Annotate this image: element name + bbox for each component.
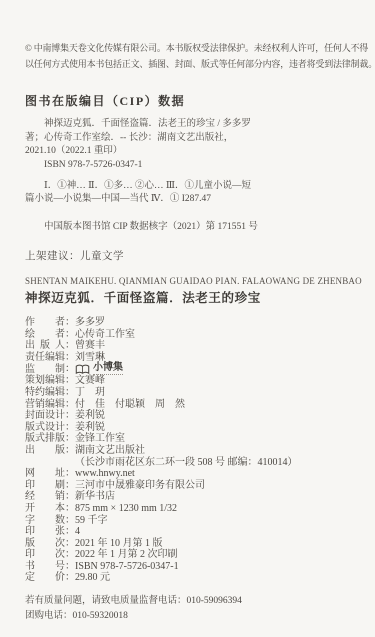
colophon-colon: ： bbox=[65, 538, 75, 549]
shelving-label: 上架建议 bbox=[25, 251, 69, 262]
publisher-address: （长沙市雨花区东二环一段 508 号 邮编：410014） bbox=[25, 457, 357, 469]
colophon-row: 策划编辑：文赛峰 bbox=[25, 375, 357, 387]
text-line: 篇小说—小说集—中国—当代 Ⅳ．① I287.47 bbox=[25, 193, 357, 206]
colophon-value: 新华书店 bbox=[75, 491, 115, 502]
colophon-row: 特约编辑：丁 玥 bbox=[25, 387, 357, 399]
colophon-row: 版式排版：金锋工作室 bbox=[25, 433, 357, 445]
colophon-value: ISBN 978-7-5726-0347-1 bbox=[75, 561, 179, 572]
colophon-row: 版式设计：姜利锐 bbox=[25, 422, 357, 434]
colophon-value: 湖南文艺出版社 bbox=[75, 445, 145, 456]
colophon-label: 印刷 bbox=[25, 480, 65, 492]
colophon-label: 绘者 bbox=[25, 329, 65, 341]
colophon-colon: ： bbox=[65, 375, 75, 386]
colophon-value: 4 bbox=[75, 526, 80, 537]
group-purchase-hotline: 团购电话：010-59320018 bbox=[25, 609, 357, 624]
colophon-row: 绘者：心传奇工作室 bbox=[25, 329, 357, 341]
colophon-colon: ： bbox=[65, 340, 75, 351]
book-title: 神探迈克狐．千面怪盗篇．法老王的珍宝 bbox=[25, 288, 357, 306]
colophon-value: 875 mm × 1230 mm 1/32 bbox=[75, 503, 177, 514]
colophon-row: 营销编辑：付 佳 付聪颖 周 然 bbox=[25, 399, 357, 411]
colophon-value: 姜利锐 bbox=[75, 410, 105, 421]
quality-hotline: 若有质量问题，请致电质量监督电话：010-59096394 bbox=[25, 594, 357, 609]
colophon-list: 作者：多多罗 绘者：心传奇工作室 出版人：曾赛丰 责任编辑：刘雪琳 监制：小博集… bbox=[25, 317, 357, 584]
colophon-row: 印刷：三河市中晟雅豪印务有限公司 bbox=[25, 480, 357, 492]
colophon-row: 开本：875 mm × 1230 mm 1/32 bbox=[25, 503, 357, 515]
colophon-value: www.hnwy.net bbox=[75, 468, 135, 479]
colophon-value: 曾赛丰 bbox=[75, 340, 105, 351]
text-line: 2021.10（2022.1 重印） bbox=[25, 145, 357, 159]
colophon-value: 金锋工作室 bbox=[75, 433, 125, 444]
colophon-label: 作者 bbox=[25, 317, 65, 329]
text-line: © 中南博集天卷文化传媒有限公司。本书版权受法律保护。未经权利人许可，任何人不得 bbox=[25, 41, 357, 57]
colophon-value: 付 佳 付聪颖 周 然 bbox=[75, 399, 185, 410]
cip-classification: Ⅰ．①神… Ⅱ．①多… ②心… Ⅲ．①儿童小说—短篇小说—小说集—中国—当代 Ⅳ… bbox=[25, 180, 357, 206]
colophon-value: 丁 玥 bbox=[75, 387, 105, 398]
colophon-label: 印张 bbox=[25, 526, 65, 538]
colophon-label: 网址 bbox=[25, 468, 65, 480]
colophon-row: 出版：湖南文艺出版社（长沙市雨花区东二环一段 508 号 邮编：410014） bbox=[25, 445, 357, 468]
colophon-colon: ： bbox=[65, 410, 75, 421]
colophon-row: 印次：2022 年 1 月第 2 次印刷 bbox=[25, 549, 357, 561]
colophon-row: 定价：29.80 元 bbox=[25, 572, 357, 584]
colophon-row: 版次：2021 年 10 月第 1 版 bbox=[25, 538, 357, 550]
colophon-label: 营销编辑 bbox=[25, 399, 65, 411]
colophon-label: 印次 bbox=[25, 549, 65, 561]
colophon-colon: ： bbox=[65, 329, 75, 340]
booky-kids-logo: 小博集 bbox=[75, 363, 123, 375]
colophon-colon: ： bbox=[65, 364, 75, 375]
colophon-colon: ： bbox=[65, 399, 75, 410]
colophon-value: 三河市中晟雅豪印务有限公司 bbox=[75, 480, 205, 491]
text-line: 著；心传奇工作室绘．-- 长沙：湖南文艺出版社， bbox=[25, 132, 357, 146]
colophon-label: 出版人 bbox=[25, 340, 65, 352]
colophon-value: 29.80 元 bbox=[75, 572, 110, 583]
colophon-label: 版次 bbox=[25, 538, 65, 550]
colophon-colon: ： bbox=[65, 422, 75, 433]
colophon-label: 监制 bbox=[25, 364, 65, 376]
copyright-page: © 中南博集天卷文化传媒有限公司。本书版权受法律保护。未经权利人许可，任何人不得… bbox=[0, 0, 375, 637]
title-pinyin: SHENTAN MAIKEHU. QIANMIAN GUAIDAO PIAN. … bbox=[25, 276, 357, 286]
colophon-colon: ： bbox=[65, 526, 75, 537]
copyright-notice: © 中南博集天卷文化传媒有限公司。本书版权受法律保护。未经权利人许可，任何人不得… bbox=[25, 41, 357, 72]
text-line: 神探迈克狐．千面怪盗篇．法老王的珍宝 / 多多罗 bbox=[25, 118, 357, 132]
colophon-colon: ： bbox=[65, 352, 75, 363]
text-line: Ⅰ．①神… Ⅱ．①多… ②心… Ⅲ．①儿童小说—短 bbox=[25, 180, 357, 193]
colophon-label: 定价 bbox=[25, 572, 65, 584]
colophon-value: 2021 年 10 月第 1 版 bbox=[75, 538, 163, 549]
cip-record: 神探迈克狐．千面怪盗篇．法老王的珍宝 / 多多罗著；心传奇工作室绘．-- 长沙：… bbox=[25, 118, 357, 159]
colophon-row: 网址：www.hnwy.net bbox=[25, 468, 357, 480]
colophon-row: 书号：ISBN 978-7-5726-0347-1 bbox=[25, 561, 357, 573]
colophon-label: 责任编辑 bbox=[25, 352, 65, 364]
cip-isbn: ISBN 978-7-5726-0347-1 bbox=[25, 159, 357, 173]
colophon-label: 经销 bbox=[25, 491, 65, 503]
colophon-value: 59 千字 bbox=[75, 515, 108, 526]
colophon-colon: ： bbox=[65, 549, 75, 560]
colophon-value: 心传奇工作室 bbox=[75, 329, 135, 340]
colophon-colon: ： bbox=[65, 515, 75, 526]
colophon-colon: ： bbox=[65, 503, 75, 514]
colophon-colon: ： bbox=[65, 480, 75, 491]
colophon-colon: ： bbox=[65, 561, 75, 572]
colophon-label: 字数 bbox=[25, 515, 65, 527]
colophon-value: 小博集 bbox=[75, 364, 123, 375]
cip-header: 图书在版编目（CIP）数据 bbox=[25, 92, 357, 109]
colophon-label: 版式设计 bbox=[25, 422, 65, 434]
shelving-suggestion: 上架建议：儿童文学 bbox=[25, 248, 357, 263]
colophon-colon: ： bbox=[65, 572, 75, 583]
booky-kids-logo-text: 小博集 bbox=[93, 363, 123, 375]
colophon-colon: ： bbox=[65, 491, 75, 502]
colophon-row: 出版人：曾赛丰 bbox=[25, 340, 357, 352]
colophon-row: 经销：新华书店 bbox=[25, 491, 357, 503]
colophon-label: 封面设计 bbox=[25, 410, 65, 422]
colophon-row: 封面设计：姜利锐 bbox=[25, 410, 357, 422]
colophon-row: 监制：小博集 bbox=[25, 363, 357, 375]
colophon-label: 出版 bbox=[25, 445, 65, 457]
colophon-colon: ： bbox=[65, 387, 75, 398]
colophon-label: 版式排版 bbox=[25, 433, 65, 445]
colophon-label: 书号 bbox=[25, 561, 65, 573]
colophon-colon: ： bbox=[65, 445, 75, 456]
colophon-label: 特约编辑 bbox=[25, 387, 65, 399]
colophon-row: 字数：59 千字 bbox=[25, 515, 357, 527]
colophon-row: 责任编辑：刘雪琳 bbox=[25, 352, 357, 364]
colophon-value: 2022 年 1 月第 2 次印刷 bbox=[75, 549, 178, 560]
colophon-value: 多多罗 bbox=[75, 317, 105, 328]
cip-registry: 中国版本图书馆 CIP 数据核字（2021）第 171551 号 bbox=[25, 218, 357, 232]
colophon-colon: ： bbox=[65, 433, 75, 444]
colophon-label: 策划编辑 bbox=[25, 375, 65, 387]
colophon-colon: ： bbox=[65, 468, 75, 479]
text-line: 以任何方式使用本书包括正文、插图、封面、版式等任何部分内容，违者将受到法律制裁。 bbox=[25, 57, 357, 73]
colophon-value: 文赛峰 bbox=[75, 375, 105, 386]
shelving-value: 儿童文学 bbox=[80, 251, 124, 262]
shelving-colon: ： bbox=[69, 251, 80, 262]
colophon-label: 开本 bbox=[25, 503, 65, 515]
open-book-icon bbox=[75, 364, 90, 375]
colophon-colon: ： bbox=[65, 317, 75, 328]
colophon-value: 姜利锐 bbox=[75, 422, 105, 433]
colophon-row: 作者：多多罗 bbox=[25, 317, 357, 329]
colophon-row: 印张：4 bbox=[25, 526, 357, 538]
